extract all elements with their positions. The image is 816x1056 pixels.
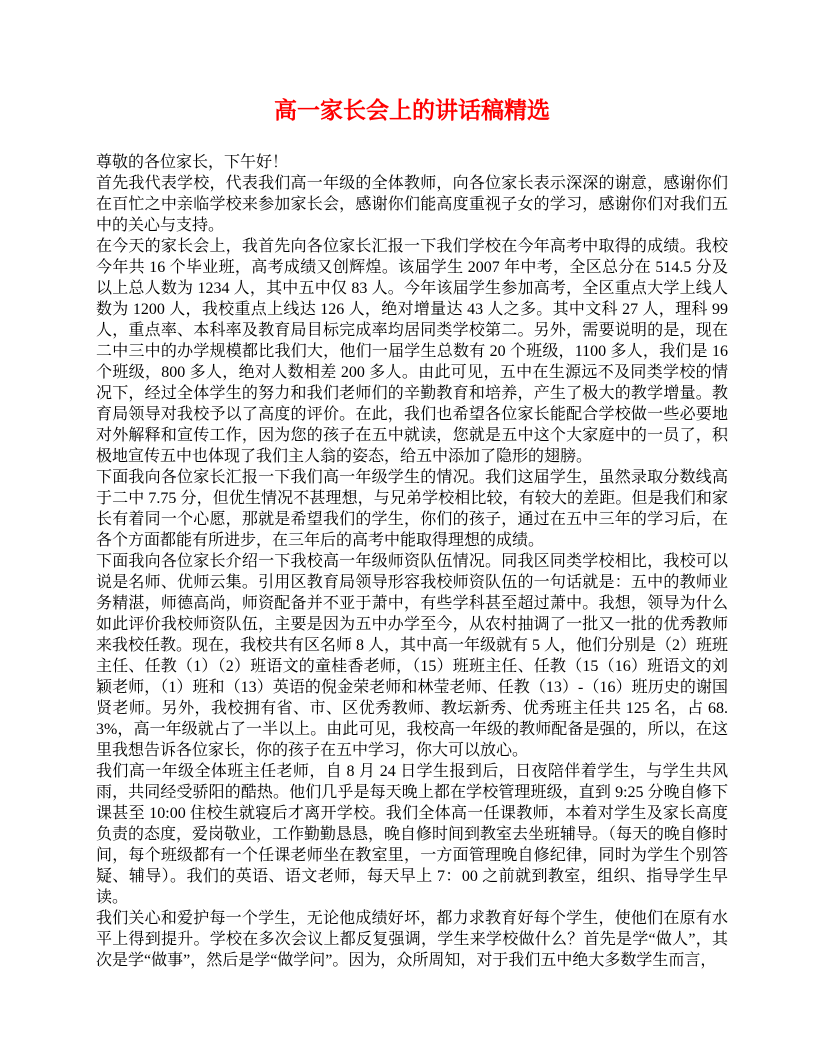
paragraph-exam-results: 在今天的家长会上，我首先向各位家长汇报一下我们学校在今年高考中取得的成绩。我校今… bbox=[96, 236, 728, 467]
paragraph-thanks: 首先我代表学校，代表我们高一年级的全体教师，向各位家长表示深深的谢意，感谢你们在… bbox=[96, 173, 728, 236]
paragraph-teaching-staff: 下面我向各位家长介绍一下我校高一年级师资队伍情况。同我区同类学校相比，我校可以说… bbox=[96, 551, 728, 761]
document-page: 高一家长会上的讲话稿精选 尊敬的各位家长，下午好！ 首先我代表学校，代表我们高一… bbox=[0, 0, 816, 1056]
paragraph-student-care: 我们关心和爱护每一个学生，无论他成绩好坏，都力求教育好每个学生，使他们在原有水平… bbox=[96, 908, 728, 971]
paragraph-grade-students: 下面我向各位家长汇报一下我们高一年级学生的情况。我们这届学生，虽然录取分数线高于… bbox=[96, 467, 728, 551]
document-body: 尊敬的各位家长，下午好！ 首先我代表学校，代表我们高一年级的全体教师，向各位家长… bbox=[96, 152, 728, 971]
paragraph-head-teachers: 我们高一年级全体班主任老师，自 8 月 24 日学生报到后，日夜陪伴着学生，与学… bbox=[96, 761, 728, 908]
paragraph-greeting: 尊敬的各位家长，下午好！ bbox=[96, 152, 728, 173]
document-title: 高一家长会上的讲话稿精选 bbox=[96, 96, 728, 126]
